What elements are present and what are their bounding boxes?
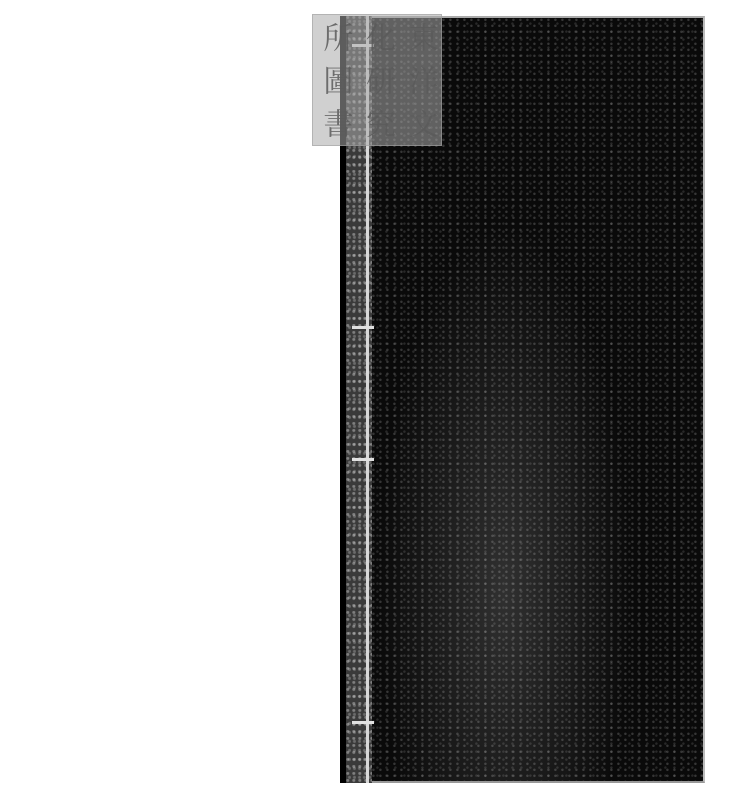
seal-char: 圖 <box>313 58 356 101</box>
seal-char: 究 <box>356 102 399 145</box>
library-seal: 東 洋 文 化 研 究 所 圖 書 <box>312 14 442 146</box>
seal-char: 文 <box>398 102 441 145</box>
binding-stitch <box>352 458 374 461</box>
binding-stitch <box>352 326 374 329</box>
seal-char: 研 <box>356 58 399 101</box>
seal-char: 書 <box>313 102 356 145</box>
seal-char: 化 <box>356 15 399 58</box>
seal-char: 東 <box>398 15 441 58</box>
seal-char: 洋 <box>398 58 441 101</box>
binding-stitch <box>352 721 374 724</box>
seal-char: 所 <box>313 15 356 58</box>
